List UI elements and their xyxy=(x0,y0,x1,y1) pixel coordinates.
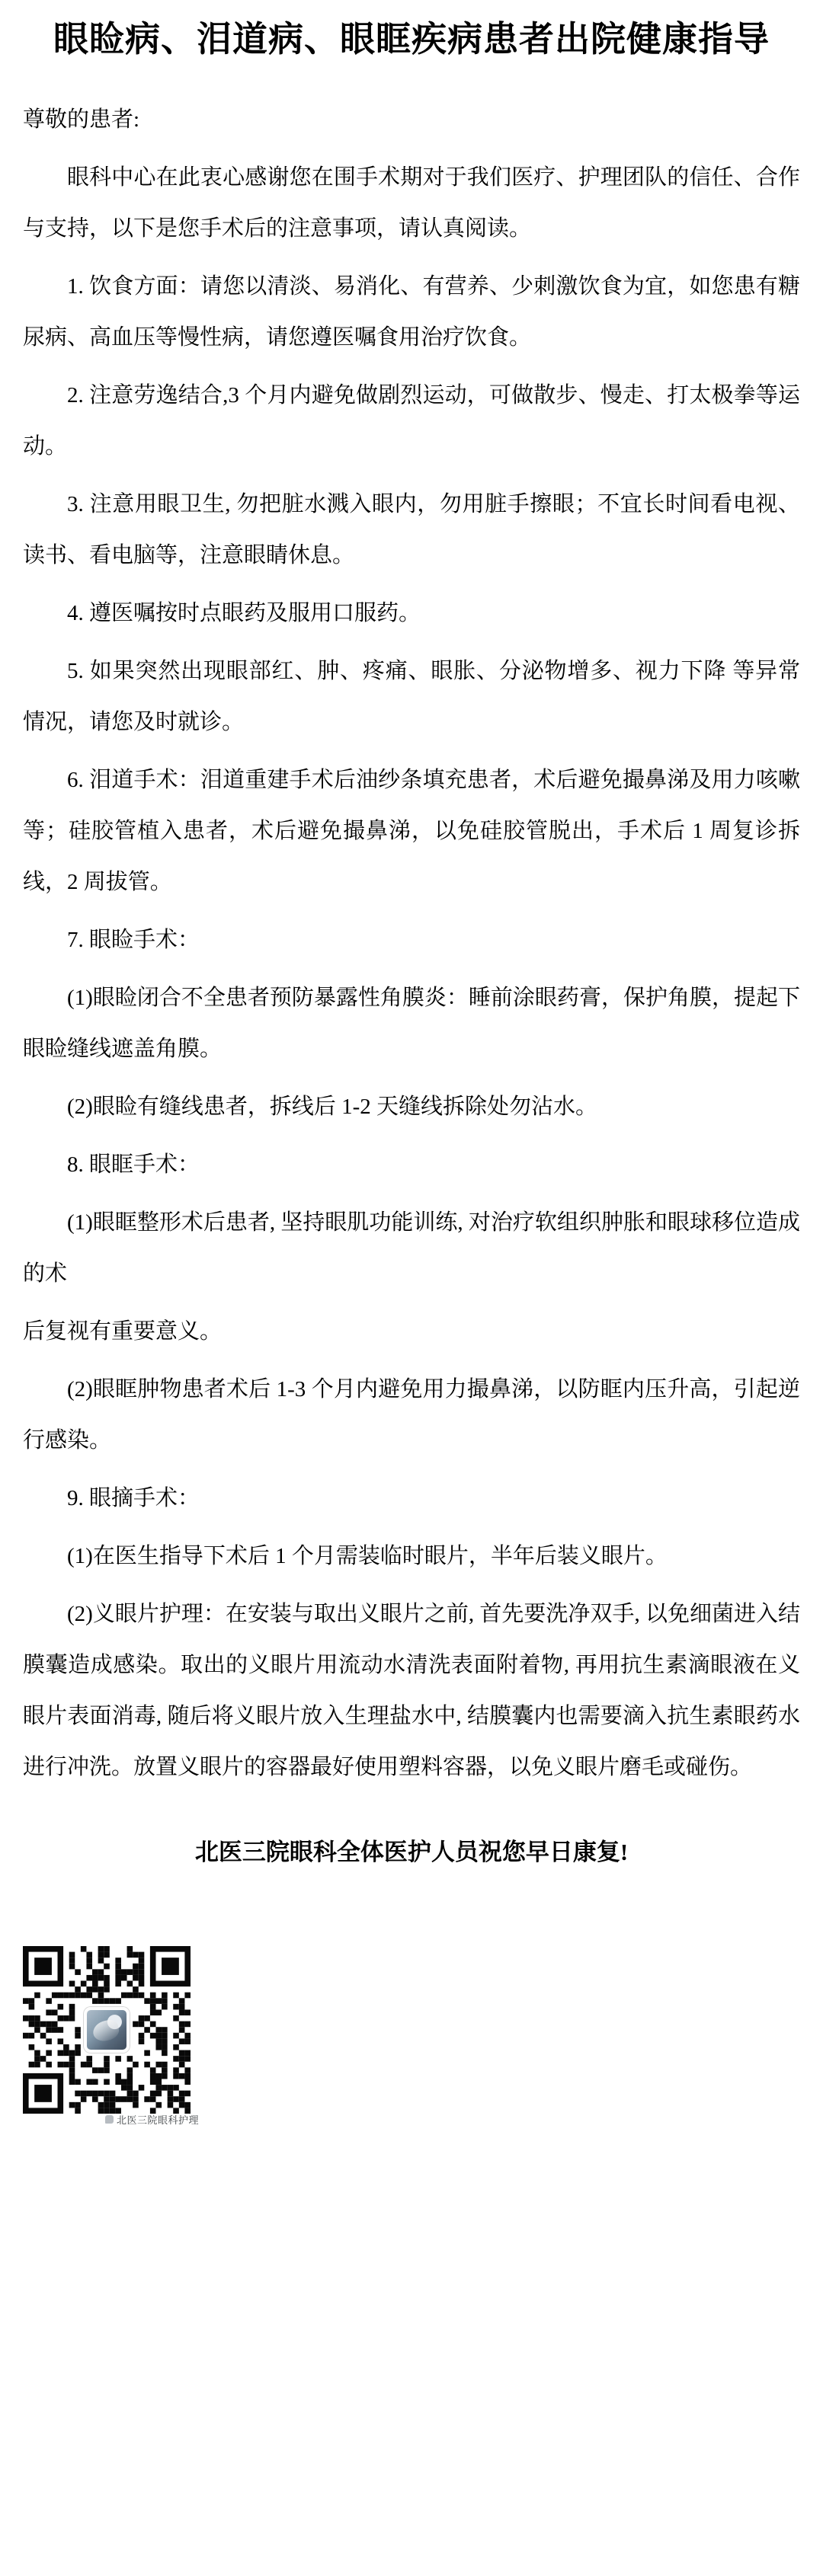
body-paragraph: (1)眼眶整形术后患者, 坚持眼肌功能训练, 对治疗软组织肿胀和眼球移位造成的术 xyxy=(23,1197,800,1299)
body-paragraph: 3. 注意用眼卫生, 勿把脏水溅入眼内，勿用脏手擦眼；不宜长时间看电视、读书、看… xyxy=(23,479,800,581)
qr-caption: 北医三院眼科护理 xyxy=(105,2112,199,2127)
body-paragraph: 1. 饮食方面：请您以清淡、易消化、有营养、少刺激饮食为宜，如您患有糖尿病、高血… xyxy=(23,261,800,363)
avatar-figure xyxy=(91,2018,121,2044)
qr-center-avatar xyxy=(84,2007,130,2053)
qr-caption-label: 北医三院眼科护理 xyxy=(117,2112,199,2127)
body-paragraph: (1)在医生指导下术后 1 个月需装临时眼片，半年后装义眼片。 xyxy=(23,1531,800,1582)
body-paragraph: 9. 眼摘手术： xyxy=(23,1473,800,1524)
wechat-icon xyxy=(105,2115,114,2124)
body-paragraph: 5. 如果突然出现眼部红、肿、疼痛、眼胀、分泌物增多、视力下降 等异常情况，请您… xyxy=(23,646,800,748)
body-paragraph: 4. 遵医嘱按时点眼药及服用口服药。 xyxy=(23,588,800,639)
salutation: 尊敬的患者: xyxy=(23,94,800,145)
intro-paragraph: 眼科中心在此衷心感谢您在围手术期对于我们医疗、护理团队的信任、合作与支持，以下是… xyxy=(23,152,800,254)
closing-message: 北医三院眼科全体医护人员祝您早日康复! xyxy=(23,1827,800,1878)
qr-block: 北医三院眼科护理 xyxy=(23,1946,206,2114)
body-paragraph: (2)眼眶肿物患者术后 1-3 个月内避免用力撮鼻涕，以防眶内压升高，引起逆行感… xyxy=(23,1364,800,1466)
document-page: 眼睑病、泪道病、眼眶疾病患者出院健康指导 尊敬的患者: 眼科中心在此衷心感谢您在… xyxy=(0,0,823,2576)
body-paragraph: (1)眼睑闭合不全患者预防暴露性角膜炎：睡前涂眼药膏，保护角膜，提起下眼睑缝线遮… xyxy=(23,973,800,1075)
document-body: 尊敬的患者: 眼科中心在此衷心感谢您在围手术期对于我们医疗、护理团队的信任、合作… xyxy=(23,94,800,1793)
body-paragraph: (2)义眼片护理：在安装与取出义眼片之前, 首先要洗净双手, 以免细菌进入结膜囊… xyxy=(23,1589,800,1793)
body-paragraph: 2. 注意劳逸结合,3 个月内避免做剧烈运动，可做散步、慢走、打太极拳等运动。 xyxy=(23,370,800,472)
body-paragraph: 后复视有重要意义。 xyxy=(23,1306,800,1357)
body-paragraph: 7. 眼睑手术： xyxy=(23,915,800,966)
body-paragraph: 8. 眼眶手术： xyxy=(23,1139,800,1191)
page-title: 眼睑病、泪道病、眼眶疾病患者出院健康指导 xyxy=(23,15,800,62)
body-paragraph: 6. 泪道手术：泪道重建手术后油纱条填充患者，术后避免撮鼻涕及用力咳嗽等；硅胶管… xyxy=(23,755,800,908)
body-paragraph: (2)眼睑有缝线患者，拆线后 1-2 天缝线拆除处勿沾水。 xyxy=(23,1082,800,1133)
qr-code xyxy=(23,1946,191,2114)
